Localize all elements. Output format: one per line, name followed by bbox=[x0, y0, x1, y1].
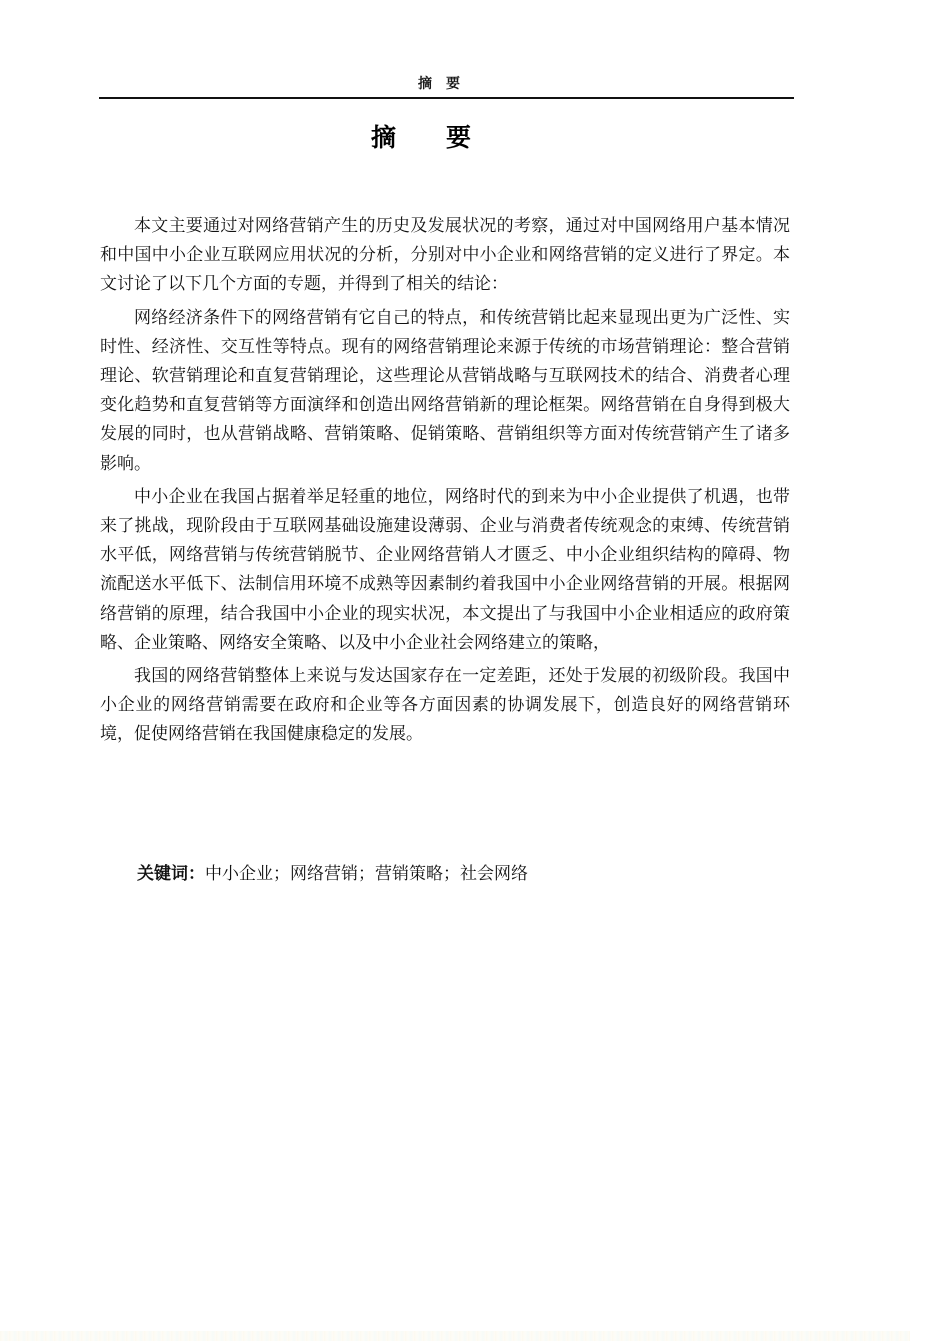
abstract-body: 本文主要通过对网络营销产生的历史及发展状况的考察，通过对中国网络用户基本情况和中… bbox=[100, 212, 790, 754]
scan-edge-artifact bbox=[0, 1331, 910, 1341]
keywords-label: 关键词： bbox=[137, 864, 205, 884]
header-rule-divider bbox=[99, 97, 794, 99]
running-header: 摘要 bbox=[0, 75, 892, 93]
abstract-paragraph-1: 本文主要通过对网络营销产生的历史及发展状况的考察，通过对中国网络用户基本情况和中… bbox=[100, 212, 790, 300]
keywords-line: 关键词：中小企业；网络营销；营销策略；社会网络 bbox=[137, 862, 528, 886]
page-title: 摘要 bbox=[0, 122, 892, 154]
abstract-paragraph-3: 中小企业在我国占据着举足轻重的地位，网络时代的到来为中小企业提供了机遇，也带来了… bbox=[100, 483, 790, 658]
keywords-list: 中小企业；网络营销；营销策略；社会网络 bbox=[205, 864, 528, 884]
abstract-paragraph-4: 我国的网络营销整体上来说与发达国家存在一定差距，还处于发展的初级阶段。我国中小企… bbox=[100, 662, 790, 750]
abstract-paragraph-2: 网络经济条件下的网络营销有它自己的特点，和传统营销比起来显现出更为广泛性、实时性… bbox=[100, 304, 790, 479]
